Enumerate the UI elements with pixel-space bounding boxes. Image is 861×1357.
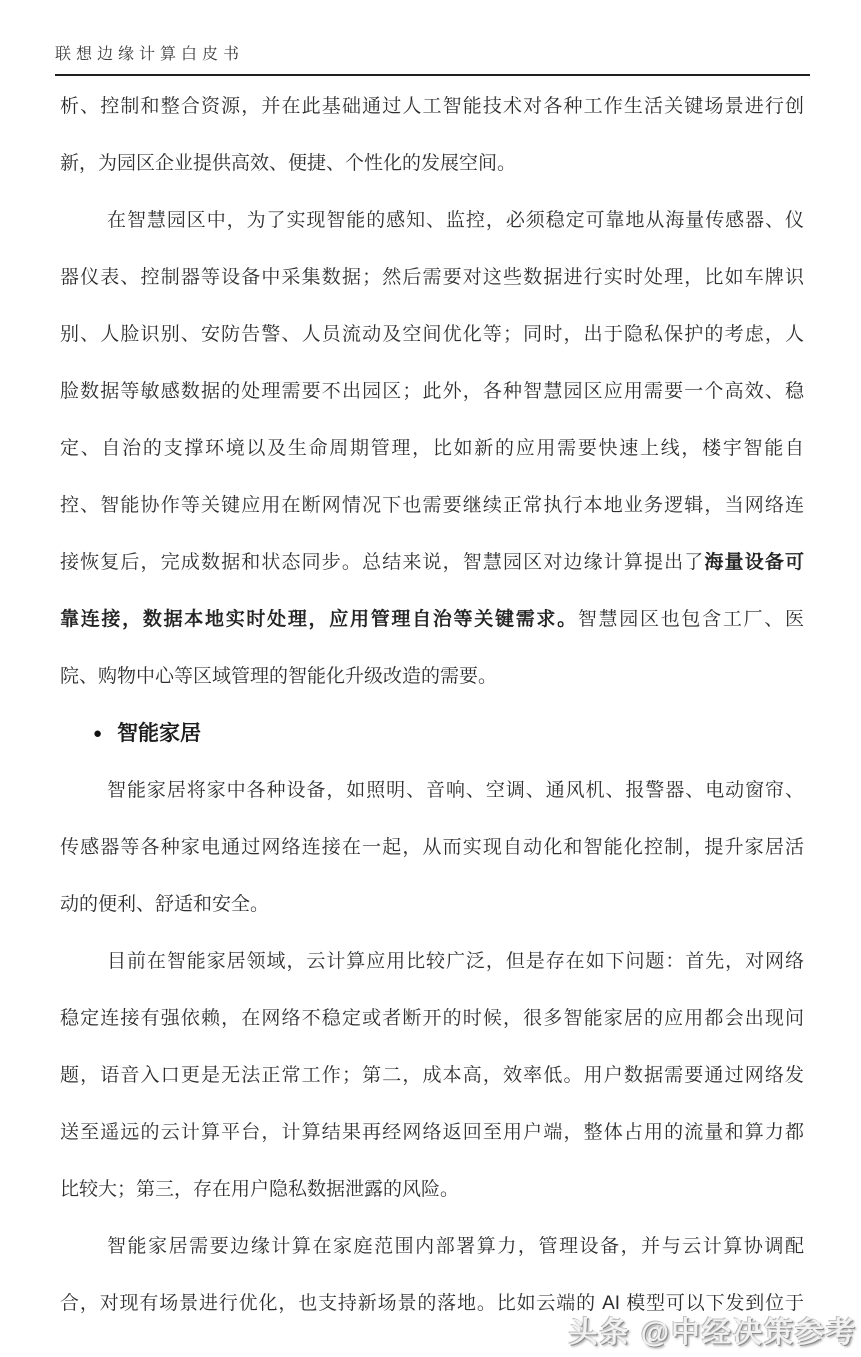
text-line: 控、智能协作等关键应用在断网情况下也需要继续正常执行本地业务逻辑，当网络连 [60, 477, 804, 534]
header-title: 联想边缘计算白皮书 [55, 44, 244, 64]
text-segment: 接恢复后，完成数据和状态同步。总结来说，智慧园区对边缘计算提出了 [60, 552, 704, 573]
text-line: 送至遥远的云计算平台，计算结果再经网络返回至用户端，整体占用的流量和算力都 [60, 1104, 804, 1161]
document-body: 析、控制和整合资源，并在此基础通过人工智能技术对各种工作生活关键场景进行创 新，… [60, 78, 804, 1332]
text-segment-bold: 靠连接，数据本地实时处理，应用管理自治等关键需求。 [60, 609, 578, 630]
text-line: 新，为园区企业提供高效、便捷、个性化的发展空间。 [60, 135, 804, 192]
text-line: 器仪表、控制器等设备中采集数据；然后需要对这些数据进行实时处理，比如车牌识 [60, 249, 804, 306]
header-divider [55, 74, 810, 76]
text-line: 靠连接，数据本地实时处理，应用管理自治等关键需求。智慧园区也包含工厂、医 [60, 591, 804, 648]
text-line: 析、控制和整合资源，并在此基础通过人工智能技术对各种工作生活关键场景进行创 [60, 78, 804, 135]
text-line: 智能家居将家中各种设备，如照明、音响、空调、通风机、报警器、电动窗帘、 [60, 762, 804, 819]
text-line: 目前在智能家居领域，云计算应用比较广泛，但是存在如下问题：首先，对网络 [60, 933, 804, 990]
section-heading-label: 智能家居 [117, 722, 201, 745]
text-line: 接恢复后，完成数据和状态同步。总结来说，智慧园区对边缘计算提出了海量设备可 [60, 534, 804, 591]
text-line: 智能家居需要边缘计算在家庭范围内部署算力，管理设备，并与云计算协调配 [60, 1218, 804, 1275]
bullet-icon: ● [93, 705, 102, 762]
section-heading: ●智能家居 [60, 705, 804, 762]
text-line: 动的便利、舒适和安全。 [60, 876, 804, 933]
text-line: 题，语音入口更是无法正常工作；第二，成本高，效率低。用户数据需要通过网络发 [60, 1047, 804, 1104]
text-line: 脸数据等敏感数据的处理需要不出园区；此外，各种智慧园区应用需要一个高效、稳 [60, 363, 804, 420]
text-line: 传感器等各种家电通过网络连接在一起，从而实现自动化和智能化控制，提升家居活 [60, 819, 804, 876]
text-line: 院、购物中心等区域管理的智能化升级改造的需要。 [60, 648, 804, 705]
text-line: 稳定连接有强依赖，在网络不稳定或者断开的时候，很多智能家居的应用都会出现问 [60, 990, 804, 1047]
text-line: 别、人脸识别、安防告警、人员流动及空间优化等；同时，出于隐私保护的考虑，人 [60, 306, 804, 363]
text-line: 在智慧园区中，为了实现智能的感知、监控，必须稳定可靠地从海量传感器、仪 [60, 192, 804, 249]
text-line: 比较大；第三，存在用户隐私数据泄露的风险。 [60, 1161, 804, 1218]
document-page: 联想边缘计算白皮书 析、控制和整合资源，并在此基础通过人工智能技术对各种工作生活… [0, 0, 861, 1357]
watermark-text: 头条 @中经决策参考 [569, 1310, 857, 1351]
text-segment-bold: 海量设备可 [704, 552, 804, 573]
text-segment: 智慧园区也包含工厂、医 [578, 609, 804, 630]
text-line: 定、自治的支撑环境以及生命周期管理，比如新的应用需要快速上线，楼宇智能自 [60, 420, 804, 477]
